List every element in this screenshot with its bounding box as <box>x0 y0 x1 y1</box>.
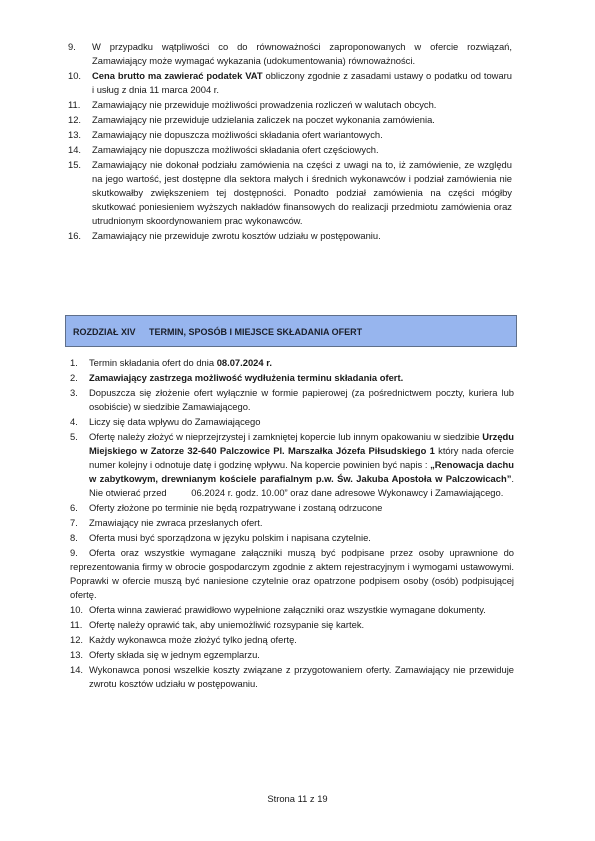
list-item: 7.Zmawiający nie zwraca przesłanych ofer… <box>70 516 514 530</box>
list-item: 13.Oferty składa się w jednym egzemplarz… <box>70 648 514 662</box>
list-item-text: Oferta musi być sporządzona w języku pol… <box>89 531 514 545</box>
list-item: 5.Ofertę należy złożyć w nieprzejrzystej… <box>70 430 514 500</box>
list-item-number: 8. <box>70 531 78 545</box>
text-run: Oferta winna zawierać prawidłowo wypełni… <box>89 604 486 615</box>
list-item-number: 12. <box>70 633 83 647</box>
list-item-text: Cena brutto ma zawierać podatek VAT obli… <box>92 69 512 97</box>
list-item-number: 5. <box>70 430 78 444</box>
list-item-text: Zmawiający nie zwraca przesłanych ofert. <box>89 516 514 530</box>
list-item-number: 6. <box>70 501 78 515</box>
list-item-text: Zamawiający nie przewiduje zwrotu kosztó… <box>92 229 512 243</box>
text-run: Termin składania ofert do dnia <box>89 357 217 368</box>
list-item-number: 7. <box>70 516 78 530</box>
list-item-number: 11. <box>70 618 82 632</box>
list-item-text: Dopuszcza się złożenie ofert wyłącznie w… <box>89 386 514 414</box>
list-item-text: Ofertę należy złożyć w nieprzejrzystej i… <box>89 430 514 500</box>
text-run: Zamawiający nie przewiduje możliwości pr… <box>92 99 436 110</box>
text-run: Ofertę należy złożyć w nieprzejrzystej i… <box>89 431 482 442</box>
list-item: 8.Oferta musi być sporządzona w języku p… <box>70 531 514 545</box>
text-run: Oferty złożone po terminie nie będą rozp… <box>89 502 382 513</box>
list-item-number: 13. <box>68 128 81 142</box>
list-item: 3.Dopuszcza się złożenie ofert wyłącznie… <box>70 386 514 414</box>
list-item-text: Każdy wykonawca może złożyć tylko jedną … <box>89 633 514 647</box>
text-run: Oferty składa się w jednym egzemplarzu. <box>89 649 260 660</box>
list-item: 6.Oferty złożone po terminie nie będą ro… <box>70 501 514 515</box>
list-item-text: Zamawiający zastrzega możliwość wydłużen… <box>89 371 514 385</box>
list-item: 4.Liczy się data wpływu do Zamawiającego <box>70 415 514 429</box>
list-item-number: 9. <box>70 546 89 560</box>
list-item: 2.Zamawiający zastrzega możliwość wydłuż… <box>70 371 514 385</box>
list-item: 1.Termin składania ofert do dnia 08.07.2… <box>70 356 514 370</box>
list-item-number: 14. <box>70 663 83 677</box>
list-item: 9.W przypadku wątpliwości co do równoważ… <box>68 40 512 68</box>
bold-text: Cena brutto ma zawierać podatek VAT <box>92 70 263 81</box>
bold-text: 08.07.2024 r. <box>217 357 272 368</box>
list-item-number: 2. <box>70 371 78 385</box>
list-item-number: 13. <box>70 648 83 662</box>
list-item-number: 1. <box>70 356 78 370</box>
list-item: 9.Oferta oraz wszystkie wymagane załączn… <box>70 546 514 602</box>
list-item: 10.Oferta winna zawierać prawidłowo wype… <box>70 603 514 617</box>
text-run: Zamawiający nie dokonał podziału zamówie… <box>92 159 512 226</box>
text-run: Dopuszcza się złożenie ofert wyłącznie w… <box>89 387 514 412</box>
list-item-text: 9.Oferta oraz wszystkie wymagane załączn… <box>70 546 514 602</box>
list-item-text: Termin składania ofert do dnia 08.07.202… <box>89 356 514 370</box>
text-run: Zmawiający nie zwraca przesłanych ofert. <box>89 517 263 528</box>
list-item-text: Oferty złożone po terminie nie będą rozp… <box>89 501 514 515</box>
chapter-title: TERMIN, SPOSÓB I MIEJSCE SKŁADANIA OFERT <box>149 325 362 339</box>
text-run: W przypadku wątpliwości co do równoważno… <box>92 41 512 66</box>
list-item-number: 3. <box>70 386 78 400</box>
list-item-text: Oferta winna zawierać prawidłowo wypełni… <box>89 603 514 617</box>
list-item: 12.Każdy wykonawca może złożyć tylko jed… <box>70 633 514 647</box>
list-item-number: 11. <box>68 98 80 112</box>
text-run: Oferta oraz wszystkie wymagane załącznik… <box>70 547 514 600</box>
document-page: 9.W przypadku wątpliwości co do równoważ… <box>0 0 595 841</box>
text-run: 06.2024 r. godz. 10.00” oraz dane adreso… <box>191 487 503 498</box>
list-item-text: Wykonawca ponosi wszelkie koszty związan… <box>89 663 514 691</box>
list-item-number: 9. <box>68 40 76 54</box>
list-item: 10.Cena brutto ma zawierać podatek VAT o… <box>68 69 512 97</box>
text-run: Zamawiający nie dopuszcza możliwości skł… <box>92 144 379 155</box>
list-item: 14.Wykonawca ponosi wszelkie koszty zwią… <box>70 663 514 691</box>
list-item-number: 14. <box>68 143 81 157</box>
text-run: Wykonawca ponosi wszelkie koszty związan… <box>89 664 514 689</box>
terms-list-continued: 9.W przypadku wątpliwości co do równoważ… <box>68 40 512 244</box>
list-item-text: W przypadku wątpliwości co do równoważno… <box>92 40 512 68</box>
chapter-number: ROZDZIAŁ XIV <box>73 325 136 339</box>
list-item-number: 4. <box>70 415 78 429</box>
list-item-text: Zamawiający nie dopuszcza możliwości skł… <box>92 128 512 142</box>
list-item: 15.Zamawiający nie dokonał podziału zamó… <box>68 158 512 228</box>
list-item: 14.Zamawiający nie dopuszcza możliwości … <box>68 143 512 157</box>
page-number: Strona 11 z 19 <box>0 792 595 806</box>
list-item-text: Liczy się data wpływu do Zamawiającego <box>89 415 514 429</box>
bold-text: Zamawiający zastrzega możliwość wydłużen… <box>89 372 403 383</box>
text-run: Zamawiający nie przewiduje zwrotu kosztó… <box>92 230 381 241</box>
list-item: 12.Zamawiający nie przewiduje udzielania… <box>68 113 512 127</box>
text-run: Ofertę należy oprawić tak, aby uniemożli… <box>89 619 364 630</box>
list-item: 13.Zamawiający nie dopuszcza możliwości … <box>68 128 512 142</box>
list-item-text: Oferty składa się w jednym egzemplarzu. <box>89 648 514 662</box>
text-run: Oferta musi być sporządzona w języku pol… <box>89 532 371 543</box>
list-item-number: 16. <box>68 229 81 243</box>
section-header: ROZDZIAŁ XIV TERMIN, SPOSÓB I MIEJSCE SK… <box>65 315 517 347</box>
list-item-number: 10. <box>70 603 83 617</box>
text-run: Zamawiający nie przewiduje udzielania za… <box>92 114 435 125</box>
list-item-number: 15. <box>68 158 81 172</box>
list-item: 11.Zamawiający nie przewiduje możliwości… <box>68 98 512 112</box>
list-item: 16.Zamawiający nie przewiduje zwrotu kos… <box>68 229 512 243</box>
list-item-text: Ofertę należy oprawić tak, aby uniemożli… <box>89 618 514 632</box>
text-run: Każdy wykonawca może złożyć tylko jedną … <box>89 634 297 645</box>
list-item-number: 10. <box>68 69 81 83</box>
list-item-text: Zamawiający nie przewiduje udzielania za… <box>92 113 512 127</box>
text-run: Zamawiający nie dopuszcza możliwości skł… <box>92 129 383 140</box>
list-item-number: 12. <box>68 113 81 127</box>
list-item-text: Zamawiający nie dokonał podziału zamówie… <box>92 158 512 228</box>
text-run: Liczy się data wpływu do Zamawiającego <box>89 416 260 427</box>
list-item-text: Zamawiający nie przewiduje możliwości pr… <box>92 98 512 112</box>
list-item-text: Zamawiający nie dopuszcza możliwości skł… <box>92 143 512 157</box>
list-item: 11.Ofertę należy oprawić tak, aby uniemo… <box>70 618 514 632</box>
submission-terms-list: 1.Termin składania ofert do dnia 08.07.2… <box>70 356 514 692</box>
